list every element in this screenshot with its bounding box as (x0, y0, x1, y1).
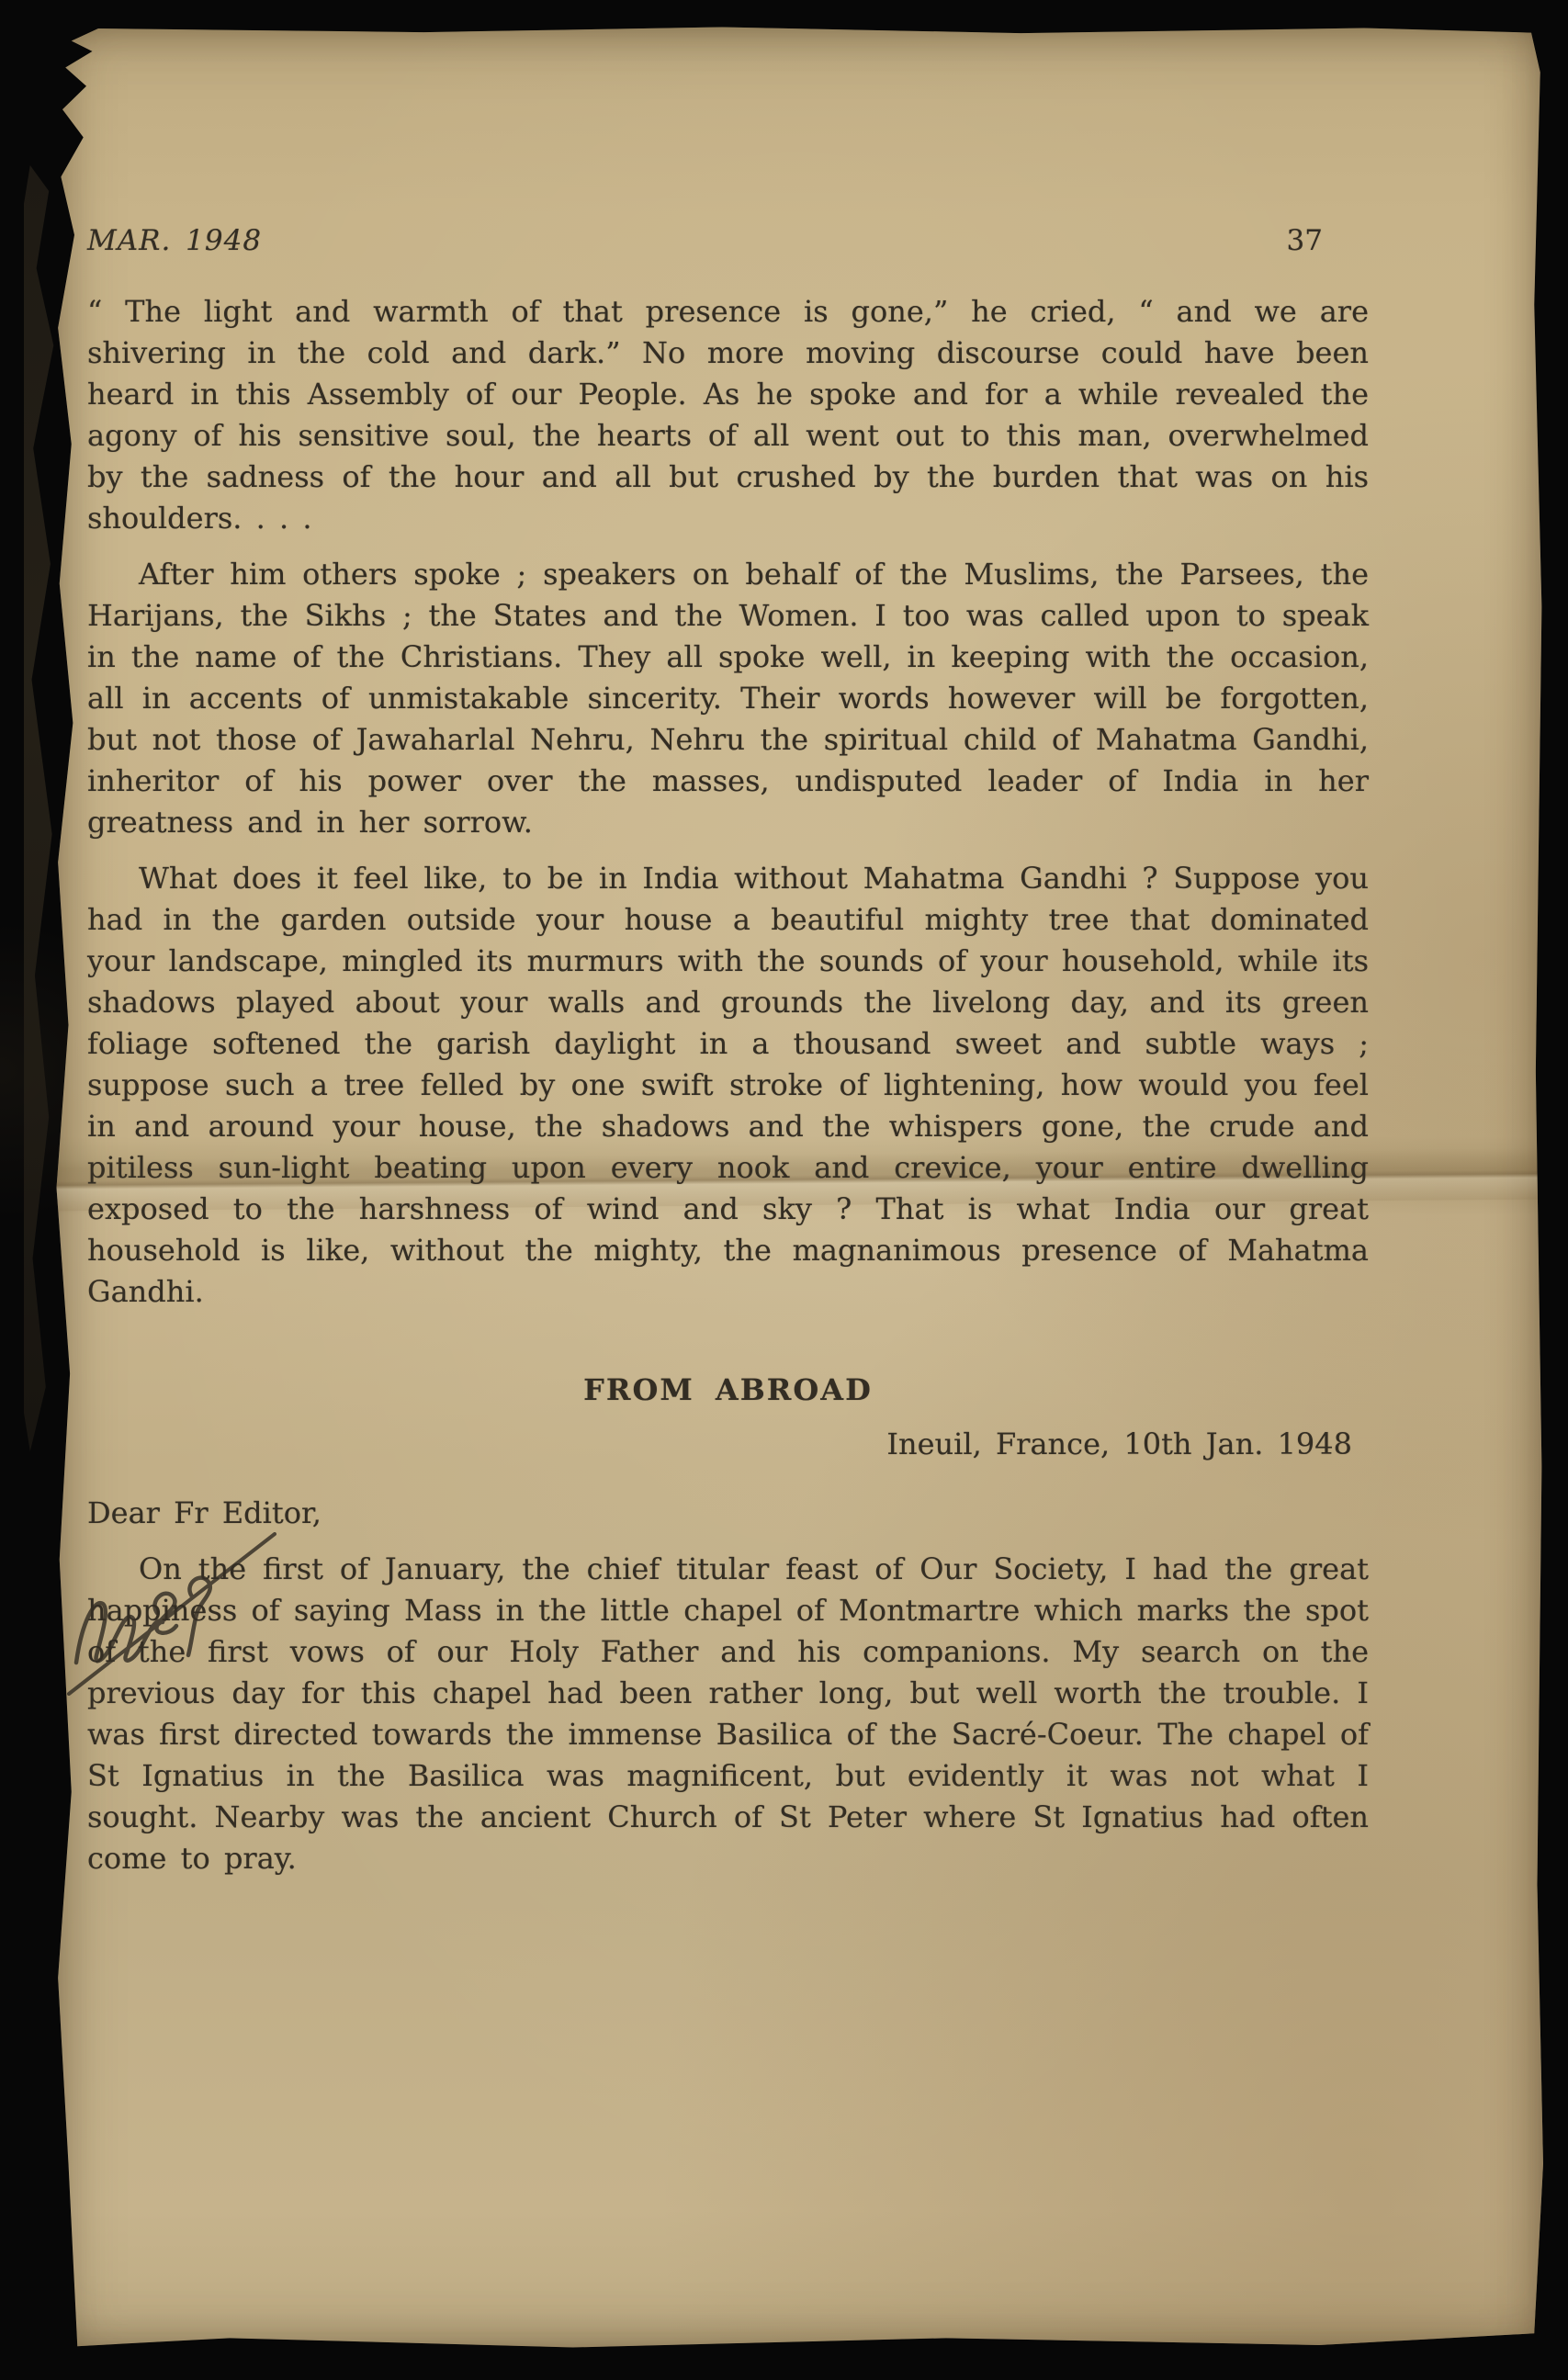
issue-date: MAR. 1948 (87, 220, 262, 262)
letter-dateline: Ineuil, France, 10th Jan. 1948 (87, 1424, 1369, 1465)
page-header: MAR. 1948 37 (87, 220, 1369, 262)
article-paragraph: “ The light and warmth of that presence … (87, 291, 1369, 539)
section-heading: FROM ABROAD (87, 1370, 1369, 1411)
article-paragraph: What does it feel like, to be in India w… (87, 858, 1369, 1313)
article-body: “ The light and warmth of that presence … (87, 291, 1369, 1313)
scan-background: MAR. 1948 37 “ The light and warmth of t… (0, 0, 1568, 2380)
page-content: MAR. 1948 37 “ The light and warmth of t… (51, 26, 1543, 1879)
torn-page-sliver (24, 165, 55, 1451)
page-number: 37 (1287, 220, 1323, 262)
scanned-page: MAR. 1948 37 “ The light and warmth of t… (51, 26, 1543, 2350)
letter-body: Dear Fr Editor, On the first of January,… (87, 1493, 1369, 1879)
letter-salutation: Dear Fr Editor, (87, 1493, 1369, 1534)
article-paragraph: After him others spoke ; speakers on beh… (87, 554, 1369, 843)
letter-paragraph: On the first of January, the chief titul… (87, 1549, 1369, 1879)
